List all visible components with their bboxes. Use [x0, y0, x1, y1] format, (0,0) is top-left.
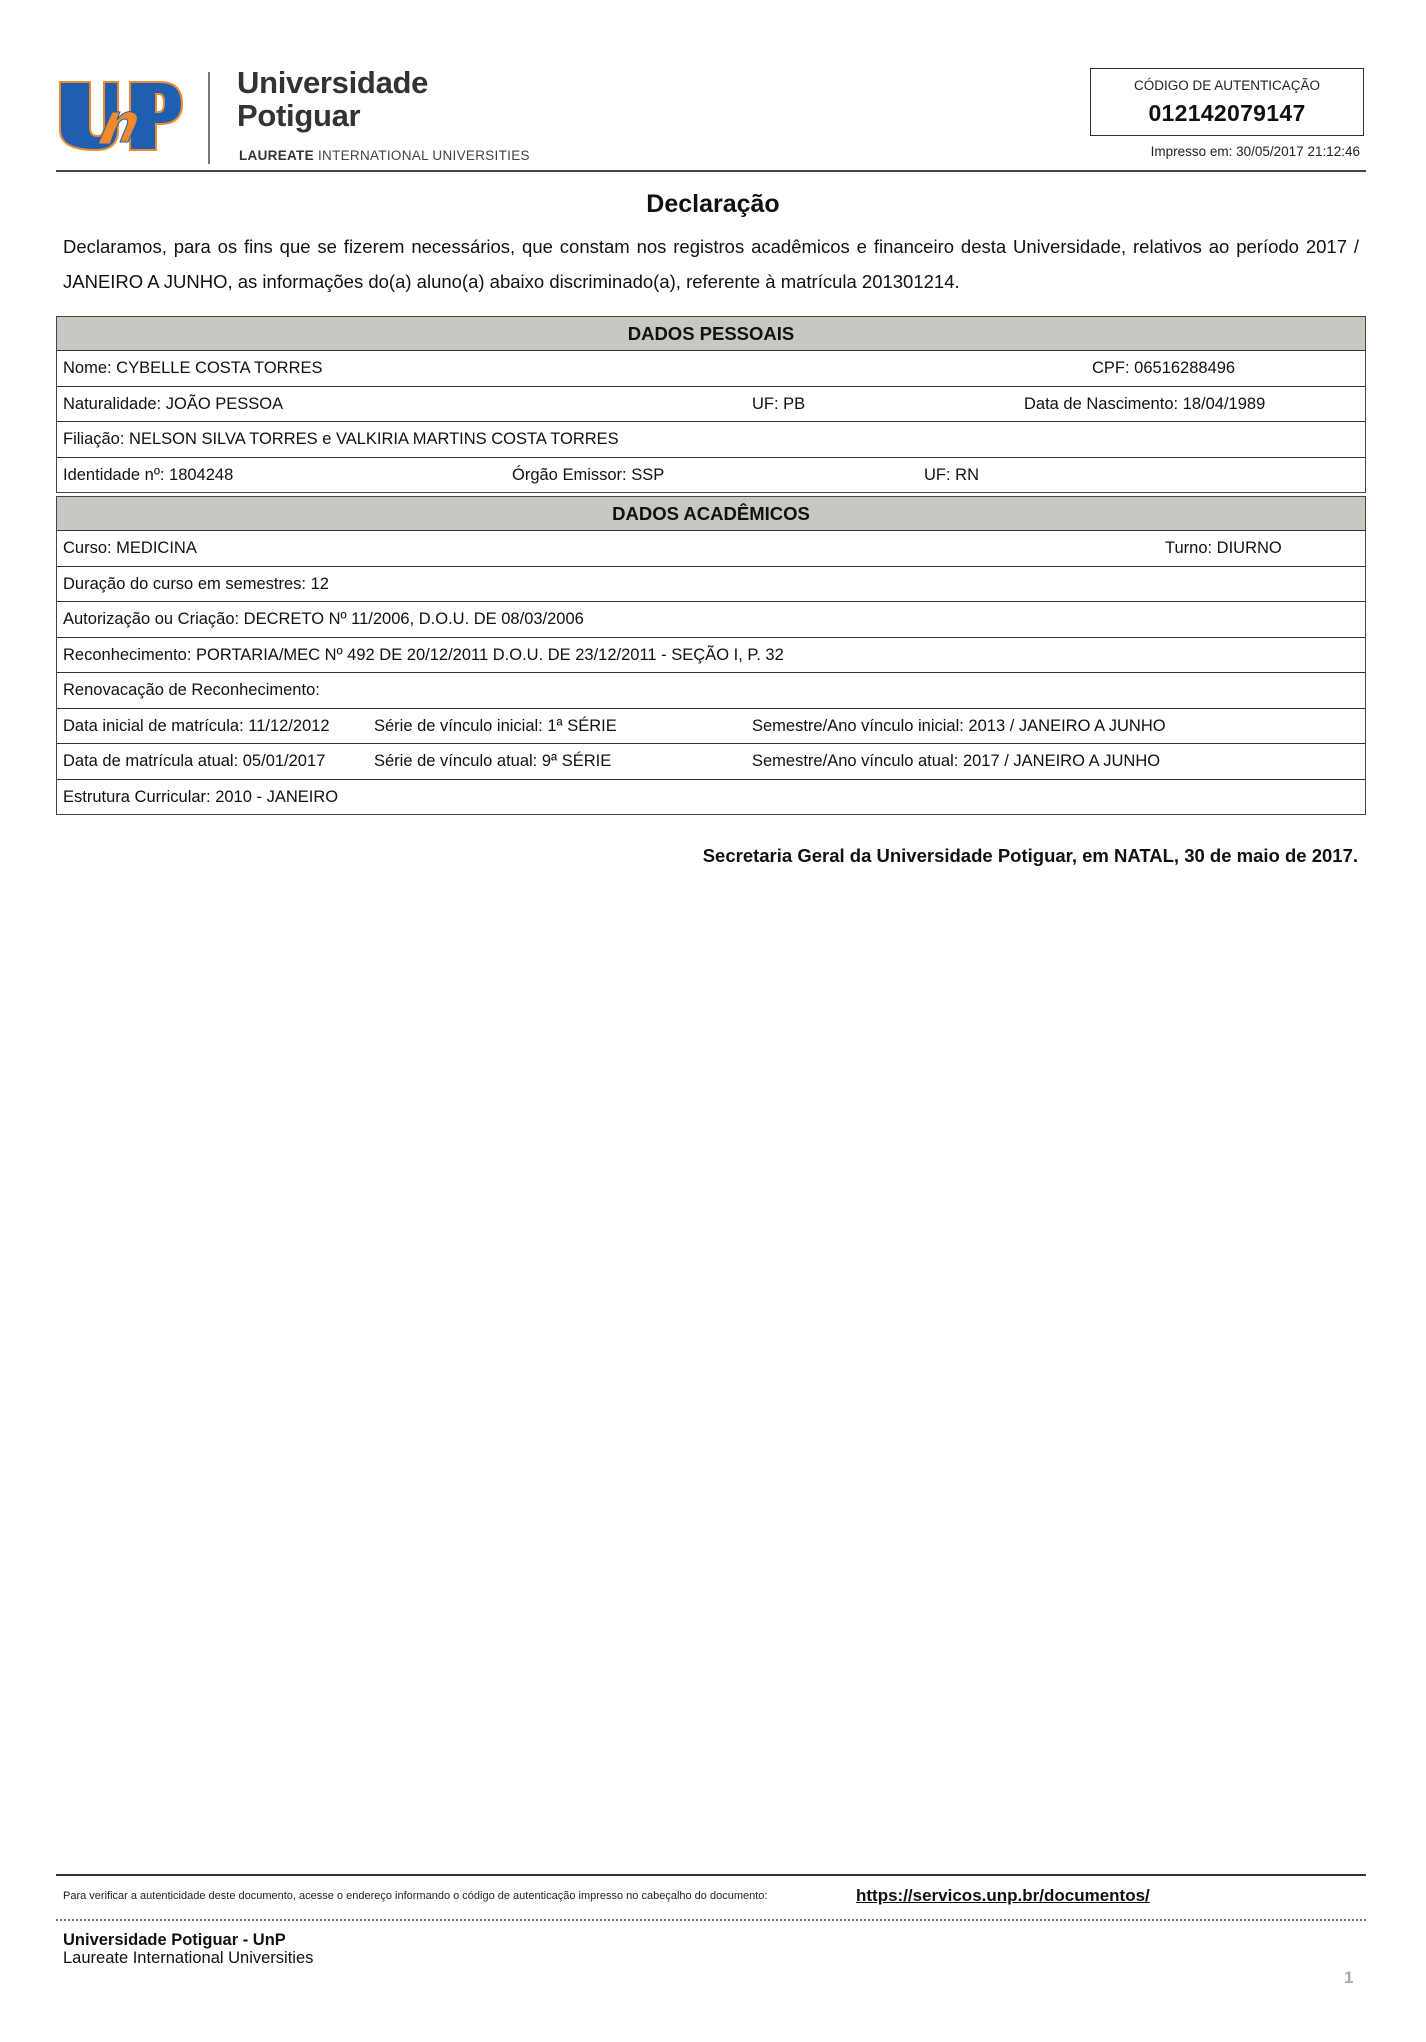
authorization-field: Autorização ou Criação: DECRETO Nº 11/20… [63, 602, 584, 637]
initial-series-field: Série de vínculo inicial: 1ª SÉRIE [374, 709, 617, 744]
table-row: Data de matrícula atual: 05/01/2017 Séri… [57, 744, 1365, 780]
footer-divider [56, 1874, 1366, 1876]
logo-name-line2: Potiguar [237, 99, 428, 132]
logo-subtitle: LAUREATE INTERNATIONAL UNIVERSITIES [239, 148, 530, 163]
cpf-field: CPF: 06516288496 [1092, 351, 1235, 386]
table-row: Duração do curso em semestres: 12 [57, 567, 1365, 603]
id-uf-field: UF: RN [924, 458, 979, 493]
table-row: Autorização ou Criação: DECRETO Nº 11/20… [57, 602, 1365, 638]
table-row: Data inicial de matrícula: 11/12/2012 Sé… [57, 709, 1365, 745]
table-row: Filiação: NELSON SILVA TORRES e VALKIRIA… [57, 422, 1365, 458]
birthplace-field: Naturalidade: JOÃO PESSOA [63, 387, 283, 422]
table-row: Reconhecimento: PORTARIA/MEC Nº 492 DE 2… [57, 638, 1365, 674]
recognition-renewal-field: Renovacação de Reconhecimento: [63, 673, 320, 708]
auth-code-value: 012142079147 [1091, 100, 1363, 127]
curriculum-field: Estrutura Curricular: 2010 - JANEIRO [63, 780, 338, 815]
current-semester-field: Semestre/Ano vínculo atual: 2017 / JANEI… [752, 744, 1160, 779]
course-field: Curso: MEDICINA [63, 531, 197, 566]
shift-field: Turno: DIURNO [1165, 531, 1282, 566]
current-series-field: Série de vínculo atual: 9ª SÉRIE [374, 744, 611, 779]
signature-line: Secretaria Geral da Universidade Potigua… [640, 845, 1358, 867]
logo-divider [208, 72, 210, 164]
recognition-field: Reconhecimento: PORTARIA/MEC Nº 492 DE 2… [63, 638, 784, 673]
verify-instructions: Para verificar a autenticidade deste doc… [63, 1890, 767, 1902]
table-row: Curso: MEDICINA Turno: DIURNO [57, 531, 1365, 567]
logo-name-line1: Universidade [237, 66, 428, 99]
id-number-field: Identidade nº: 1804248 [63, 458, 233, 493]
issuer-field: Órgão Emissor: SSP [512, 458, 664, 493]
auth-code-box: CÓDIGO DE AUTENTICAÇÃO 012142079147 [1090, 68, 1364, 136]
header-divider [56, 170, 1366, 172]
initial-enrollment-date-field: Data inicial de matrícula: 11/12/2012 [63, 709, 330, 744]
footer-org-name: Universidade Potiguar - UnP [63, 1931, 286, 1949]
birthplace-uf-field: UF: PB [752, 387, 805, 422]
footer-org-subtitle: Laureate International Universities [63, 1949, 313, 1967]
verify-link[interactable]: https://servicos.unp.br/documentos/ [856, 1886, 1150, 1906]
printed-label: Impresso em: [1151, 144, 1233, 159]
university-logo: Universidade Potiguar LAUREATE INTERNATI… [56, 66, 576, 166]
current-enrollment-date-field: Data de matrícula atual: 05/01/2017 [63, 744, 325, 779]
initial-semester-field: Semestre/Ano vínculo inicial: 2013 / JAN… [752, 709, 1166, 744]
page-number: 1 [1344, 1968, 1353, 1988]
footer-dotted-divider [56, 1919, 1366, 1921]
logo-subtitle-rest: INTERNATIONAL UNIVERSITIES [318, 148, 530, 163]
table-row: Nome: CYBELLE COSTA TORRES CPF: 06516288… [57, 351, 1365, 387]
personal-data-heading: DADOS PESSOAIS [57, 317, 1365, 351]
logo-subtitle-bold: LAUREATE [239, 148, 314, 163]
birthdate-field: Data de Nascimento: 18/04/1989 [1024, 387, 1265, 422]
table-row: Naturalidade: JOÃO PESSOA UF: PB Data de… [57, 387, 1365, 423]
personal-data-table: DADOS PESSOAIS Nome: CYBELLE COSTA TORRE… [56, 316, 1366, 493]
parents-field: Filiação: NELSON SILVA TORRES e VALKIRIA… [63, 422, 619, 457]
academic-data-table: DADOS ACADÊMICOS Curso: MEDICINA Turno: … [56, 496, 1366, 815]
printed-timestamp: Impresso em: 30/05/2017 21:12:46 [1090, 144, 1360, 159]
table-row: Renovacação de Reconhecimento: [57, 673, 1365, 709]
table-row: Identidade nº: 1804248 Órgão Emissor: SS… [57, 458, 1365, 493]
unp-logo-icon [56, 78, 186, 154]
declaration-paragraph: Declaramos, para os fins que se fizerem … [63, 229, 1359, 299]
table-row: Estrutura Curricular: 2010 - JANEIRO [57, 780, 1365, 815]
page-title: Declaração [0, 190, 1426, 219]
logo-name: Universidade Potiguar [237, 66, 428, 132]
auth-code-label: CÓDIGO DE AUTENTICAÇÃO [1091, 78, 1363, 93]
printed-value: 30/05/2017 21:12:46 [1236, 144, 1360, 159]
academic-data-heading: DADOS ACADÊMICOS [57, 497, 1365, 531]
duration-field: Duração do curso em semestres: 12 [63, 567, 329, 602]
name-field: Nome: CYBELLE COSTA TORRES [63, 351, 323, 386]
